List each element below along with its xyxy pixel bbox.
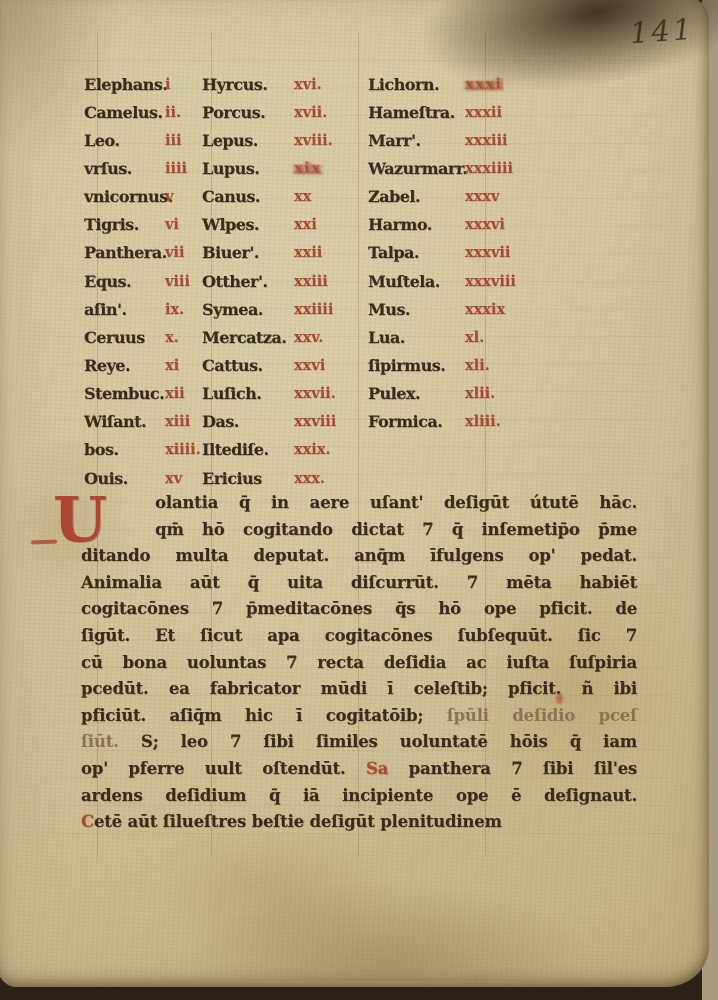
animal-numeral: xxxix — [465, 301, 505, 318]
list-item: Luſich.xxvii. — [202, 380, 368, 408]
animal-numeral: iiii — [165, 160, 187, 177]
animal-numeral: xix — [294, 160, 321, 177]
text-line: qm̄ hō cogitando dictat 7 q̄ inſemetip̄o… — [81, 517, 637, 544]
list-item: Reye.xi — [84, 351, 202, 379]
commentary-paragraph: olantia q̄ in aere uſant' deſigūt útutē … — [81, 490, 637, 836]
list-item: Cattus.xxvi — [202, 351, 368, 379]
animal-numeral: xxxvii — [465, 244, 510, 261]
animal-numeral: vi — [165, 216, 179, 233]
animal-name: Otther'. — [202, 272, 294, 291]
stain-bottom-left — [166, 832, 406, 962]
animal-numeral: xxi — [294, 216, 317, 233]
animal-list: Elephans.iCamelus.ii.Leo.iiivrſus.iiiivn… — [84, 70, 598, 492]
text-line: pficiūt. aſiq̄m hic ī cogitatōib; ſpūli … — [81, 703, 637, 730]
list-item: Formica.xliii. — [368, 408, 598, 436]
text-segment: qm̄ hō cogitando dictat 7 q̄ inſemetip̄o… — [155, 520, 637, 539]
list-item: Mercatza.xxv. — [202, 323, 368, 351]
list-item: Tigris.vi — [84, 211, 202, 239]
animal-name: Porcus. — [202, 103, 294, 122]
animal-name: Muſtela. — [368, 272, 465, 291]
animal-numeral: xxv. — [294, 329, 323, 346]
animal-numeral: xviii. — [294, 132, 333, 149]
animal-numeral: xxxviii — [465, 273, 516, 290]
animal-numeral: xxix. — [294, 441, 331, 458]
text-segment: Sa — [366, 759, 388, 778]
text-segment: Animalia aūt q̄ uita diſcurrūt. 7 mēta h… — [81, 573, 637, 592]
animal-name: Leo. — [84, 131, 165, 150]
animal-numeral: xiiii. — [165, 441, 201, 458]
animal-name: Luſich. — [202, 384, 294, 403]
list-item: Iltediſe.xxix. — [202, 436, 368, 464]
animal-name: Pulex. — [368, 384, 465, 403]
animal-numeral: xl. — [465, 329, 484, 346]
text-segment: S; leo 7 ſibi ſimiles uoluntatē hōis q̄ … — [141, 732, 637, 751]
list-item: Mus.xxxix — [368, 295, 598, 323]
text-line: Animalia aūt q̄ uita diſcurrūt. 7 mēta h… — [81, 570, 637, 597]
text-segment: etē aūt ſilueſtres beſtie deſigūt plenit… — [94, 812, 502, 831]
animal-name: Lua. — [368, 328, 465, 347]
text-segment: op' pferre uult oſtendūt. — [81, 759, 366, 778]
text-line: op' pferre uult oſtendūt. Sa panthera 7 … — [81, 756, 637, 783]
text-segment: cū bona uoluntas 7 recta deſidia ac iuſt… — [81, 653, 637, 672]
text-line: olantia q̄ in aere uſant' deſigūt útutē … — [81, 490, 637, 517]
list-item: vrſus.iiii — [84, 154, 202, 182]
text-line: cogitacōnes 7 p̄meditacōnes q̄s hō ope p… — [81, 596, 637, 623]
list-item: Pulex.xlii. — [368, 380, 598, 408]
animal-name: Equs. — [84, 272, 165, 291]
animal-name: Cattus. — [202, 356, 294, 375]
text-segment: ſpūli deſidio pceſ — [447, 706, 637, 725]
animal-numeral: xxxv — [465, 188, 499, 205]
list-item: Wiſant.xiii — [84, 408, 202, 436]
animal-name: bos. — [84, 440, 165, 459]
animal-name: Marr'. — [368, 131, 465, 150]
manuscript-page: 141 Elephans.iCamelus.ii.Leo.iiivrſus.ii… — [0, 0, 709, 987]
animal-name: Wiſant. — [84, 412, 165, 431]
text-segment: C — [81, 812, 94, 831]
animal-numeral: xli. — [465, 357, 490, 374]
animal-name: aſin'. — [84, 300, 165, 319]
list-item: aſin'.ix. — [84, 295, 202, 323]
list-item: Lepus.xviii. — [202, 126, 368, 154]
animal-numeral: xiii — [165, 413, 190, 430]
text-segment: panthera 7 ſibi ſil'es — [388, 759, 637, 778]
text-segment: ardens deſidium q̄ iā incipiente ope ē d… — [81, 786, 637, 805]
animal-numeral: xvii. — [294, 104, 327, 121]
text-line: ardens deſidium q̄ iā incipiente ope ē d… — [81, 783, 637, 810]
animal-numeral: i — [165, 76, 171, 93]
list-item: Wlpes.xxi — [202, 211, 368, 239]
text-line: Cetē aūt ſilueſtres beſtie deſigūt pleni… — [81, 809, 637, 836]
animal-name: Elephans. — [84, 75, 165, 94]
animal-numeral: xliii. — [465, 413, 501, 430]
animal-numeral: xvi. — [294, 76, 322, 93]
animal-name: Ericius — [202, 469, 294, 488]
list-item: bos.xiiii. — [84, 436, 202, 464]
animal-name: Lepus. — [202, 131, 294, 150]
animal-numeral: ix. — [165, 301, 184, 318]
animal-numeral: vii — [165, 244, 184, 261]
text-line: cū bona uoluntas 7 recta deſidia ac iuſt… — [81, 650, 637, 677]
list-item: Leo.iii — [84, 126, 202, 154]
list-item: Ceruusx. — [84, 323, 202, 351]
animal-numeral: viii — [165, 273, 190, 290]
animal-name: Das. — [202, 412, 294, 431]
animal-name: Symea. — [202, 300, 294, 319]
list-item: Ericiusxxx. — [202, 464, 368, 492]
animal-numeral: xxii — [294, 244, 322, 261]
animal-name: Formica. — [368, 412, 465, 431]
text-segment: pcedūt. ea fabricator mūdi ī celeſtib; p… — [81, 679, 637, 698]
animal-numeral: v — [165, 188, 173, 205]
animal-numeral: ii. — [165, 104, 181, 121]
animal-numeral: xxvi — [294, 357, 325, 374]
animal-name: Stembuc. — [84, 384, 165, 403]
list-item: Otther'.xxiii — [202, 267, 368, 295]
list-item: Muſtela.xxxviii — [368, 267, 598, 295]
animal-numeral: xxviii — [294, 413, 336, 430]
animal-name: Hyrcus. — [202, 75, 294, 94]
animal-name: Ceruus — [84, 328, 165, 347]
animal-numeral: xxiii — [294, 273, 328, 290]
animal-list-column: Hyrcus.xvi.Porcus.xvii.Lepus.xviii.Lupus… — [202, 70, 368, 492]
animal-numeral: xxvii. — [294, 385, 336, 402]
list-item: Hyrcus.xvi. — [202, 70, 368, 98]
animal-name: Wlpes. — [202, 215, 294, 234]
animal-name: Mercatza. — [202, 328, 294, 347]
list-item: Panthera.vii — [84, 239, 202, 267]
folio-number: 141 — [629, 12, 696, 50]
animal-numeral: xxiiii — [294, 301, 333, 318]
animal-name: Reye. — [84, 356, 165, 375]
animal-name: Zabel. — [368, 187, 465, 206]
animal-numeral: xxxii — [465, 104, 502, 121]
list-item: Wazurmarr.xxxiiii — [368, 154, 598, 182]
list-item: Lua.xl. — [368, 323, 598, 351]
text-segment: ditando multa deputat. anq̄m īfulgens op… — [81, 546, 637, 565]
list-item: Talpa.xxxvii — [368, 239, 598, 267]
list-item: Elephans.i — [84, 70, 202, 98]
animal-name: vrſus. — [84, 159, 165, 178]
text-segment: cogitacōnes 7 p̄meditacōnes q̄s hō ope p… — [81, 599, 637, 618]
animal-numeral: xlii. — [465, 385, 495, 402]
animal-numeral: xii — [165, 385, 185, 402]
text-segment: ſiūt. — [81, 732, 141, 751]
text-segment: ſigūt. Et ſicut apa cogitacōnes ſubſequū… — [81, 626, 637, 645]
animal-numeral: xxx. — [294, 470, 325, 487]
animal-list-column: Lichorn.xxxiHameſtra.xxxiiMarr'.xxxiiiWa… — [368, 70, 598, 492]
list-item: Zabel.xxxv — [368, 183, 598, 211]
animal-list-column: Elephans.iCamelus.ii.Leo.iiivrſus.iiiivn… — [84, 70, 202, 492]
list-item: Hameſtra.xxxii — [368, 98, 598, 126]
animal-numeral: iii — [165, 132, 182, 149]
animal-name: Panthera. — [84, 243, 165, 262]
list-item: Lupus.xix — [202, 154, 368, 182]
list-item: vnicornus.v — [84, 183, 202, 211]
animal-numeral: xxxvi — [465, 216, 505, 233]
list-item: Lichorn.xxxi — [368, 70, 598, 98]
list-item: Camelus.ii. — [84, 98, 202, 126]
text-line: ſigūt. Et ſicut apa cogitacōnes ſubſequū… — [81, 623, 637, 650]
text-segment: olantia q̄ in aere uſant' deſigūt útutē … — [155, 493, 637, 512]
animal-name: Harmo. — [368, 215, 465, 234]
animal-numeral: xxxiiii — [465, 160, 513, 177]
animal-name: Iltediſe. — [202, 440, 294, 459]
animal-name: Canus. — [202, 187, 294, 206]
animal-name: Hameſtra. — [368, 103, 465, 122]
animal-numeral: x. — [165, 329, 179, 346]
animal-name: Mus. — [368, 300, 465, 319]
animal-name: Tigris. — [84, 215, 165, 234]
animal-name: Lichorn. — [368, 75, 465, 94]
text-line: ditando multa deputat. anq̄m īfulgens op… — [81, 543, 637, 570]
animal-name: ſipirmus. — [368, 356, 465, 375]
stain-bottom-center — [186, 881, 586, 981]
text-segment: pficiūt. aſiq̄m hic ī cogitatōib; — [81, 706, 447, 725]
animal-name: Wazurmarr. — [368, 159, 465, 178]
animal-name: vnicornus. — [84, 187, 165, 206]
list-item: Symea.xxiiii — [202, 295, 368, 323]
list-item: Marr'.xxxiii — [368, 126, 598, 154]
animal-name: Talpa. — [368, 243, 465, 262]
animal-name: Camelus. — [84, 103, 165, 122]
list-item: Canus.xx — [202, 183, 368, 211]
animal-numeral: xxxi — [465, 76, 502, 93]
animal-numeral: xxxiii — [465, 132, 507, 149]
animal-numeral: xx — [294, 188, 311, 205]
list-item: Das.xxviii — [202, 408, 368, 436]
list-item: Porcus.xvii. — [202, 98, 368, 126]
animal-name: Biuer'. — [202, 243, 294, 262]
list-item: ſipirmus.xli. — [368, 351, 598, 379]
animal-numeral: xi — [165, 357, 179, 374]
list-item: Biuer'.xxii — [202, 239, 368, 267]
animal-name: Lupus. — [202, 159, 294, 178]
list-item: Stembuc.xii — [84, 380, 202, 408]
animal-numeral: xv — [165, 470, 182, 487]
text-line: ſiūt. S; leo 7 ſibi ſimiles uoluntatē hō… — [81, 729, 637, 756]
text-line: pcedūt. ea fabricator mūdi ī celeſtib; p… — [81, 676, 637, 703]
list-item: Harmo.xxxvi — [368, 211, 598, 239]
list-item: Equs.viii — [84, 267, 202, 295]
